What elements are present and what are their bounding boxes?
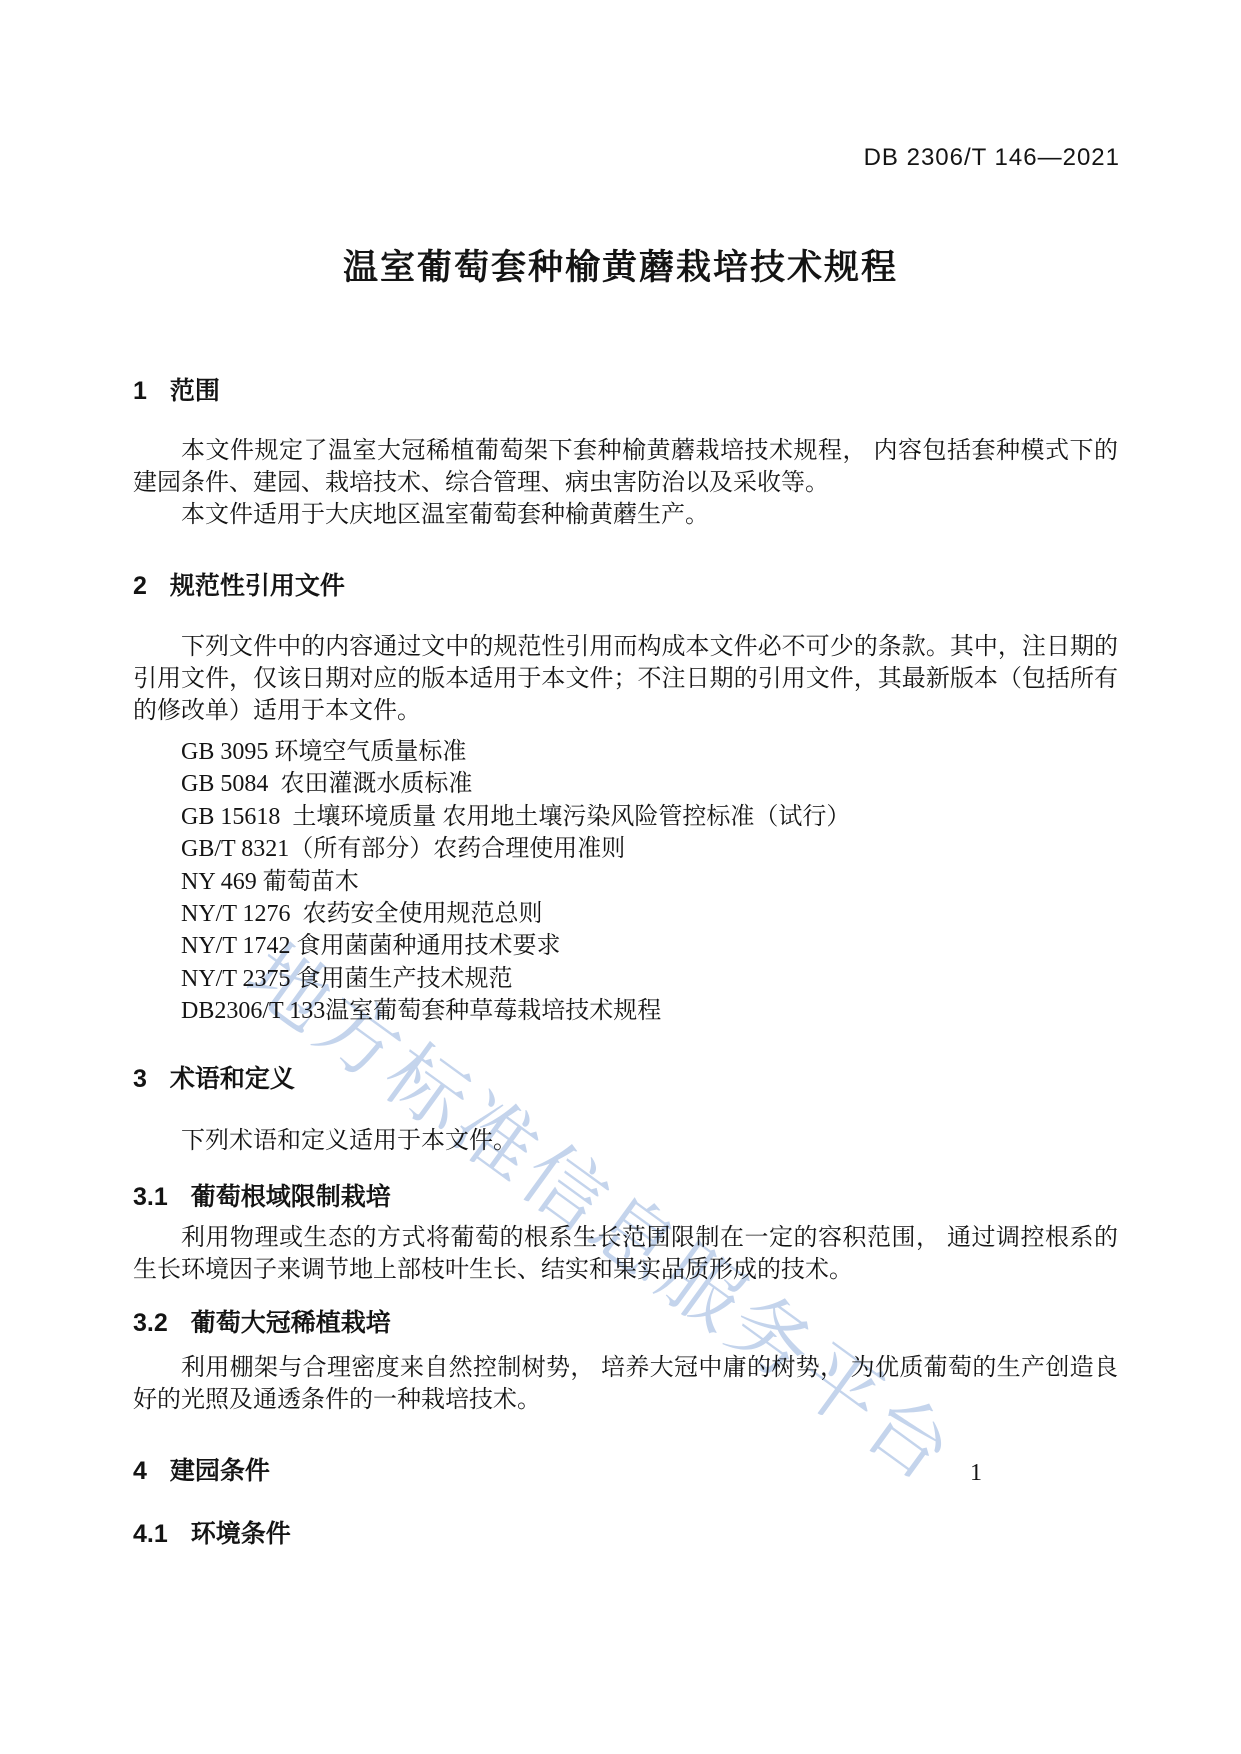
section-number: 3.2 [133, 1309, 168, 1338]
section-number: 4.1 [133, 1520, 168, 1549]
reference-item: DB2306/T 133温室葡萄套种草莓栽培技术规程 [181, 995, 850, 1027]
section-number: 1 [133, 377, 147, 406]
section-3-heading: 3 术语和定义 [133, 1059, 295, 1095]
section-4-1-heading: 4.1 环境条件 [133, 1514, 291, 1550]
section-1-paragraph-2: 本文件适用于大庆地区温室葡萄套种榆黄蘑生产。 [133, 499, 1118, 531]
reference-item: GB 15618 土壤环境质量 农用地土壤污染风险管控标准（试行） [181, 801, 850, 833]
reference-item: NY 469 葡萄苗木 [181, 866, 850, 898]
section-label: 建园条件 [170, 1451, 270, 1487]
section-3-intro: 下列术语和定义适用于本文件。 [133, 1125, 1118, 1157]
document-title: 温室葡萄套种榆黄蘑栽培技术规程 [0, 240, 1241, 290]
reference-item: NY/T 1742 食用菌菌种通用技术要求 [181, 930, 850, 962]
section-1-heading: 1 范围 [133, 371, 220, 407]
normative-references-list: GB 3095 环境空气质量标准 GB 5084 农田灌溉水质标准 GB 156… [181, 736, 850, 1028]
reference-item: GB 3095 环境空气质量标准 [181, 736, 850, 768]
section-3-1-heading: 3.1 葡萄根域限制栽培 [133, 1177, 391, 1213]
reference-item: GB/T 8321（所有部分）农药合理使用准则 [181, 833, 850, 865]
section-3-1-paragraph: 利用物理或生态的方式将葡萄的根系生长范围限制在一定的容积范围， 通过调控根系的生… [133, 1222, 1118, 1286]
page-number: 1 [970, 1460, 982, 1487]
section-label: 规范性引用文件 [170, 566, 345, 602]
section-label: 环境条件 [191, 1514, 291, 1550]
standard-number: DB 2306/T 146—2021 [864, 144, 1120, 172]
section-label: 葡萄大冠稀植栽培 [191, 1303, 391, 1339]
section-1-paragraph-1: 本文件规定了温室大冠稀植葡萄架下套种榆黄蘑栽培技术规程， 内容包括套种模式下的建… [133, 435, 1118, 499]
reference-item: GB 5084 农田灌溉水质标准 [181, 768, 850, 800]
section-3-2-paragraph: 利用棚架与合理密度来自然控制树势， 培养大冠中庸的树势， 为优质葡萄的生产创造良… [133, 1352, 1118, 1416]
reference-item: NY/T 2375 食用菌生产技术规范 [181, 963, 850, 995]
document-page: 地方标准信息服务平台 DB 2306/T 146—2021 温室葡萄套种榆黄蘑栽… [0, 0, 1241, 1754]
reference-item: NY/T 1276 农药安全使用规范总则 [181, 898, 850, 930]
section-4-heading: 4 建园条件 [133, 1451, 270, 1487]
section-2-paragraph-1: 下列文件中的内容通过文中的规范性引用而构成本文件必不可少的条款。其中，注日期的引… [133, 631, 1118, 727]
section-number: 4 [133, 1457, 147, 1486]
section-number: 3 [133, 1065, 147, 1094]
section-label: 范围 [170, 371, 220, 407]
section-3-2-heading: 3.2 葡萄大冠稀植栽培 [133, 1303, 391, 1339]
section-number: 3.1 [133, 1183, 168, 1212]
section-2-heading: 2 规范性引用文件 [133, 566, 345, 602]
section-label: 术语和定义 [170, 1059, 295, 1095]
section-label: 葡萄根域限制栽培 [191, 1177, 391, 1213]
section-number: 2 [133, 572, 147, 601]
